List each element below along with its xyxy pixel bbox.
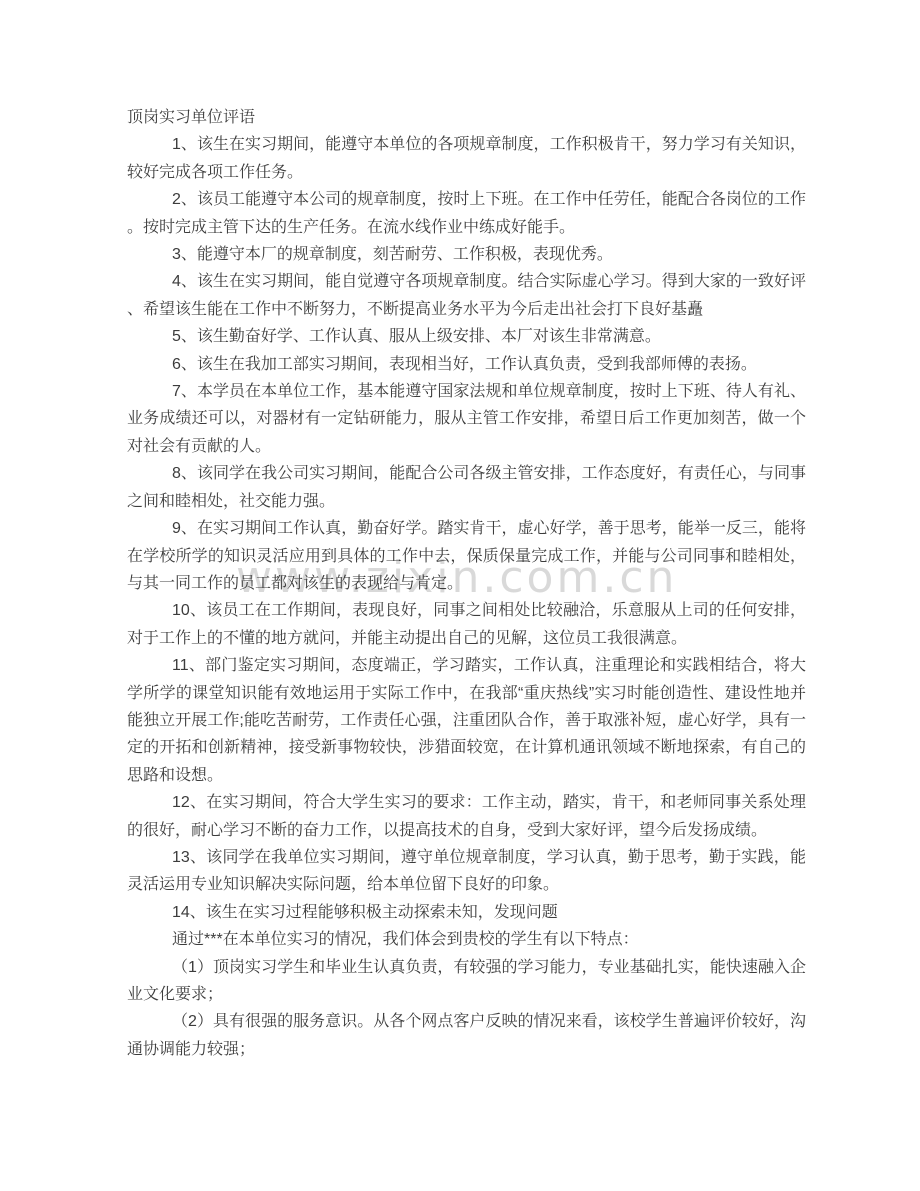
- paragraph: 通过***在本单位实习的情况，我们体会到贵校的学生有以下特点：: [127, 926, 806, 953]
- paragraph: 9、在实习期间工作认真，勤奋好学。踏实肯干，虚心好学，善于思考，能举一反三，能将…: [127, 515, 806, 597]
- paragraph: 2、该员工能遵守本公司的规章制度，按时上下班。在工作中任劳任，能配合各岗位的工作…: [127, 186, 806, 241]
- paragraph: 13、该同学在我单位实习期间，遵守单位规章制度，学习认真，勤于思考，勤于实践，能…: [127, 844, 806, 899]
- document-title: 顶岗实习单位评语: [127, 104, 806, 131]
- document-page: www.zixin.com.cn 顶岗实习单位评语 1、该生在实习期间，能遵守本…: [0, 0, 920, 1191]
- paragraph: 3、能遵守本厂的规章制度，刻苦耐劳、工作积极，表现优秀。: [127, 241, 806, 268]
- paragraph: 6、该生在我加工部实习期间，表现相当好，工作认真负责，受到我部师傅的表扬。: [127, 351, 806, 378]
- paragraph: 7、本学员在本单位工作，基本能遵守国家法规和单位规章制度，按时上下班、待人有礼、…: [127, 378, 806, 460]
- paragraph: （1）顶岗实习学生和毕业生认真负责，有较强的学习能力，专业基础扎实，能快速融入企…: [127, 954, 806, 1009]
- paragraph: 8、该同学在我公司实习期间，能配合公司各级主管安排，工作态度好，有责任心，与同事…: [127, 460, 806, 515]
- paragraph: （2）具有很强的服务意识。从各个网点客户反映的情况来看，该校学生普遍评价较好，沟…: [127, 1008, 806, 1063]
- paragraph: 14、该生在实习过程能够积极主动探索未知，发现问题: [127, 899, 806, 926]
- paragraph: 5、该生勤奋好学、工作认真、服从上级安排、本厂对该生非常满意。: [127, 323, 806, 350]
- paragraph-list: 1、该生在实习期间，能遵守本单位的各项规章制度，工作积极肯干，努力学习有关知识，…: [127, 131, 806, 1063]
- document-body: 顶岗实习单位评语 1、该生在实习期间，能遵守本单位的各项规章制度，工作积极肯干，…: [127, 104, 806, 1063]
- paragraph: 11、部门鉴定实习期间，态度端正，学习踏实，工作认真，注重理论和实践相结合，将大…: [127, 652, 806, 789]
- paragraph: 10、该员工在工作期间，表现良好，同事之间相处比较融洽，乐意服从上司的任何安排，…: [127, 597, 806, 652]
- paragraph: 4、该生在实习期间，能自觉遵守各项规章制度。结合实际虚心学习。得到大家的一致好评…: [127, 268, 806, 323]
- paragraph: 12、在实习期间，符合大学生实习的要求：工作主动，踏实，肯干，和老师同事关系处理…: [127, 789, 806, 844]
- paragraph: 1、该生在实习期间，能遵守本单位的各项规章制度，工作积极肯干，努力学习有关知识，…: [127, 131, 806, 186]
